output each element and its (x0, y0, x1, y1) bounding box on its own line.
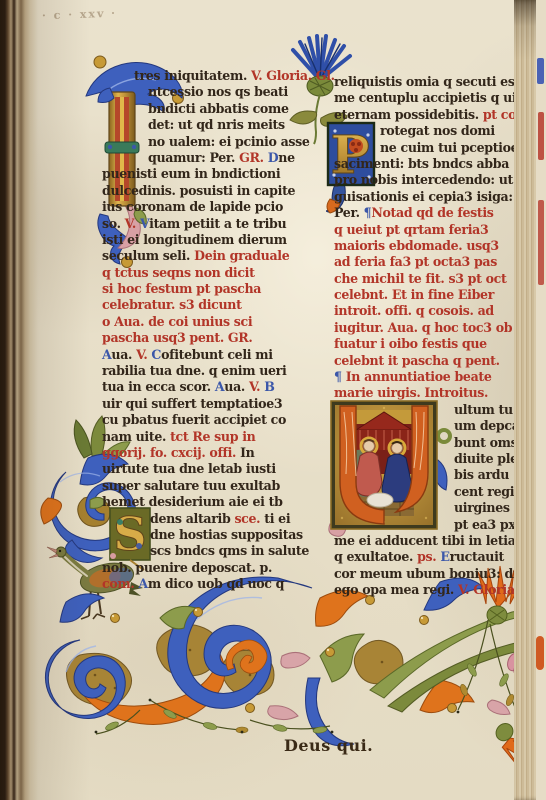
text-segment: ps. (417, 549, 440, 564)
text-segment: maioris ebdomade. usq3 (334, 238, 499, 253)
text-segment: iugitur. Aua. q hoc toc3 ob (334, 320, 512, 335)
text-segment: In (240, 445, 254, 460)
text-line: marie uirgis. Introitus. (334, 385, 536, 401)
text-segment: rotegat nos domi (380, 123, 495, 138)
next-page-orange-ornament (536, 636, 544, 670)
text-segment: cu pbatus fuerit accipiet co (102, 412, 286, 427)
text-segment: C (151, 347, 161, 362)
text-segment: isti ei longitudinem dierum (102, 232, 287, 247)
text-line: Aua. V. Cofitebunt celi mi (102, 347, 304, 363)
text-line: seculum seli. Dein graduale (102, 248, 304, 264)
text-segment: sacimenti: bts bndcs abba (334, 156, 509, 171)
text-segment: q ueiut pt qrtam feria3 (334, 222, 488, 237)
text-line: celebnt it pascha q pent. (334, 353, 536, 369)
text-line: o Aua. de coi unius sci (102, 314, 304, 330)
text-segment: bunt oms (454, 435, 517, 450)
text-segment: introit. offi. q cosois. ad (334, 303, 494, 318)
text-segment: tua in ecca scor. (102, 379, 215, 394)
text-segment: A (138, 576, 147, 591)
text-line: introit. offi. q cosois. ad (334, 303, 536, 319)
text-line: tua in ecca scor. Aua. V. B (102, 379, 304, 395)
text-segment: marie uirgis. Introitus. (334, 385, 488, 400)
text-segment: puenisti eum in bndictioni (102, 166, 280, 181)
text-segment: dne hostias suppositas (150, 527, 303, 542)
next-page-red-text (538, 200, 544, 285)
text-line: pro nobis intercedendo: ut (334, 172, 536, 188)
text-line: diuite ple (334, 451, 536, 467)
text-line: Per. ¶Notad qd de festis (334, 205, 536, 221)
text-segment: so. (102, 216, 125, 231)
text-line: celebratur. s3 dicunt (102, 297, 304, 313)
text-segment: uirgines (454, 500, 510, 515)
text-segment: V. (125, 216, 140, 231)
text-segment: V. Gloria. Gl. (251, 68, 335, 83)
text-line: hemet desiderium aie ei tb (102, 494, 304, 510)
text-line: uirgines (334, 500, 536, 516)
text-segment: ti ei (264, 511, 290, 526)
text-column-left: tres iniquitatem. V. Gloria. Gl.ntcessio… (102, 68, 304, 593)
text-line: celebnt. Et in fine Eiber (334, 287, 536, 303)
text-segment: uir qui suffert temptatioe3 (102, 396, 282, 411)
text-line: nob. puenire deposcat. p. (102, 560, 304, 576)
text-segment: A (215, 379, 224, 394)
text-segment: A (102, 347, 111, 362)
text-segment: E (440, 549, 449, 564)
text-segment: cor meum ubum boniu3: dico (334, 566, 533, 581)
text-segment: ius coronam de lapide pcio (102, 199, 283, 214)
text-segment: V (140, 216, 149, 231)
text-segment: ne (278, 150, 294, 165)
text-segment: Dein graduale (194, 248, 289, 263)
text-segment: ¶ (334, 369, 346, 384)
text-segment: ua. (111, 347, 136, 362)
text-line: reliquistis omia q secuti estis (334, 74, 536, 90)
text-segment: celebratur. s3 dicunt (102, 297, 242, 312)
text-line: ultum tu (334, 402, 536, 418)
text-line: bunt oms (334, 435, 536, 451)
text-segment: celebnt. Et in fine Eiber (334, 287, 494, 302)
text-line: cu pbatus fuerit accipiet co (102, 412, 304, 428)
text-segment: D (268, 150, 279, 165)
text-column-right: reliquistis omia q secuti estisme centup… (334, 74, 536, 599)
text-line: bis ardu (334, 467, 536, 483)
text-line: si hoc festum pt pascha (102, 281, 304, 297)
text-segment: ructauit (450, 549, 504, 564)
text-line: ego opa mea regi. V. Gloria. (334, 582, 536, 598)
next-page-sliver (536, 0, 546, 800)
text-segment: ua. (224, 379, 249, 394)
text-line: det: ut qd nris meits (102, 117, 304, 133)
text-segment: ofitebunt celi mi (161, 347, 273, 362)
text-line: eternam possidebitis. pt co. (334, 107, 536, 123)
text-segment: tct Re sup in (170, 429, 255, 444)
text-segment: me centuplu accipietis q uita (334, 90, 530, 105)
text-segment: dulcedinis. posuisti in capite (102, 183, 295, 198)
text-segment: celebnt it pascha q pent. (334, 353, 500, 368)
text-segment: cent regi (454, 484, 514, 499)
text-segment: V. (249, 379, 264, 394)
text-segment: ad feria fa3 pt octa3 pas (334, 254, 497, 269)
text-line: com. Am dico uob qd uoc q (102, 576, 304, 592)
text-segment: q tctus seqns non dicit (102, 265, 255, 280)
text-line: fuatur i oibo festis que (334, 336, 536, 352)
text-segment: um depca (454, 418, 520, 433)
text-line: ne cuim tui pceptioe (334, 140, 536, 156)
text-segment: hemet desiderium aie ei tb (102, 494, 283, 509)
text-line: tres iniquitatem. V. Gloria. Gl. (102, 68, 304, 84)
text-segment: diuite ple (454, 451, 518, 466)
next-page-red-text (538, 112, 544, 160)
text-line: pascha usq3 pent. GR. (102, 330, 304, 346)
text-segment: ultum tu (454, 402, 513, 417)
text-line: ius coronam de lapide pcio (102, 199, 304, 215)
text-line: dne hostias suppositas (102, 527, 304, 543)
text-line: q ueiut pt qrtam feria3 (334, 222, 536, 238)
manuscript-page: · c · xxv · (0, 0, 546, 800)
text-line: q tctus seqns non dicit (102, 265, 304, 281)
text-line: pt ea3 pxi (334, 517, 536, 533)
text-segment: bis ardu (454, 467, 509, 482)
text-line: guisationis ei cepia3 isiga: (334, 189, 536, 205)
text-segment: tres iniquitatem. (134, 68, 251, 83)
text-segment: fuatur i oibo festis que (334, 336, 487, 351)
text-line: super salutare tuu exultab (102, 478, 304, 494)
text-segment: GR. (239, 150, 268, 165)
text-line: isti ei longitudinem dierum (102, 232, 304, 248)
text-segment: scs bndcs qms in salute (150, 543, 309, 558)
text-segment: eternam possidebitis. (334, 107, 483, 122)
text-line: no ualem: ei pcinio asse (102, 134, 304, 150)
text-line: uir qui suffert temptatioe3 (102, 396, 304, 412)
next-page-blue-ornament (537, 58, 544, 84)
text-segment: seculum seli. (102, 248, 194, 263)
text-segment: q exultatoe. (334, 549, 417, 564)
text-line: me ei adducent tibi in letiaa (334, 533, 536, 549)
text-segment: m dico uob qd uoc q (148, 576, 284, 591)
text-line: uirtute tua dne letab iusti (102, 461, 304, 477)
text-segment: ggorij. fo. cxcij. offi. (102, 445, 240, 460)
text-segment: V. (136, 347, 151, 362)
text-line: dulcedinis. posuisti in capite (102, 183, 304, 199)
text-segment: me ei adducent tibi in letiaa (334, 533, 523, 548)
text-line: nam uite. tct Re sup in (102, 429, 304, 445)
text-segment: Per. (334, 205, 364, 220)
text-line: bndicti abbatis come (102, 101, 304, 117)
text-segment: pro nobis intercedendo: ut (334, 172, 513, 187)
text-line: scs bndcs qms in salute (102, 543, 304, 559)
text-line: maioris ebdomade. usq3 (334, 238, 536, 254)
text-segment: V. Gloria. (458, 582, 519, 597)
text-line: iugitur. Aua. q hoc toc3 ob (334, 320, 536, 336)
text-segment: no ualem: ei pcinio asse (148, 134, 310, 149)
text-segment: nob. puenire deposcat. p. (102, 560, 272, 575)
text-segment: In annuntiatioe beate (346, 369, 492, 384)
text-segment: nam uite. (102, 429, 170, 444)
text-segment: det: ut qd nris meits (148, 117, 285, 132)
text-segment: pt ea3 pxi (454, 517, 520, 532)
text-segment: Notad qd de festis (371, 205, 493, 220)
text-segment: itam petiit a te tribu (149, 216, 286, 231)
text-segment: ne cuim tui pceptioe (380, 140, 518, 155)
text-line: ggorij. fo. cxcij. offi. In (102, 445, 304, 461)
gutter-shadow (0, 0, 90, 800)
text-segment: dens altarib (150, 511, 234, 526)
text-segment: guisationis ei cepia3 isiga: (334, 189, 513, 204)
text-segment: rabilia tua dne. q enim ueri (102, 363, 286, 378)
text-line: ¶ In annuntiatioe beate (334, 369, 536, 385)
text-segment: o Aua. de coi unius sci (102, 314, 252, 329)
text-line: puenisti eum in bndictioni (102, 166, 304, 182)
text-segment: B (264, 379, 274, 394)
text-segment: sce. (234, 511, 264, 526)
text-line: me centuplu accipietis q uita (334, 90, 536, 106)
text-line: rotegat nos domi (334, 123, 536, 139)
text-segment: reliquistis omia q secuti estis (334, 74, 531, 89)
text-line: so. V. Vitam petiit a te tribu (102, 216, 304, 232)
text-line: ntcessio nos qs beati (102, 84, 304, 100)
text-line: quamur: Per. GR. Dne (102, 150, 304, 166)
text-segment: che michil te fit. s3 pt oct (334, 271, 506, 286)
text-line: che michil te fit. s3 pt oct (334, 271, 536, 287)
text-segment: super salutare tuu exultab (102, 478, 280, 493)
text-segment: uirtute tua dne letab iusti (102, 461, 276, 476)
text-line: cent regi (334, 484, 536, 500)
text-segment: ntcessio nos qs beati (148, 84, 288, 99)
text-segment: si hoc festum pt pascha (102, 281, 261, 296)
text-line: cor meum ubum boniu3: dico (334, 566, 536, 582)
text-segment: ego opa mea regi. (334, 582, 458, 597)
text-line: sacimenti: bts bndcs abba (334, 156, 536, 172)
text-segment: pascha usq3 pent. GR. (102, 330, 252, 345)
catchword: Deus qui. (284, 736, 373, 755)
text-line: rabilia tua dne. q enim ueri (102, 363, 304, 379)
text-segment: bndicti abbatis come (148, 101, 289, 116)
text-line: q exultatoe. ps. Eructauit (334, 549, 536, 565)
text-segment: com. (102, 576, 138, 591)
text-segment: quamur: Per. (148, 150, 239, 165)
text-line: um depca (334, 418, 536, 434)
text-line: ad feria fa3 pt octa3 pas (334, 254, 536, 270)
text-line: dens altarib sce. ti ei (102, 511, 304, 527)
